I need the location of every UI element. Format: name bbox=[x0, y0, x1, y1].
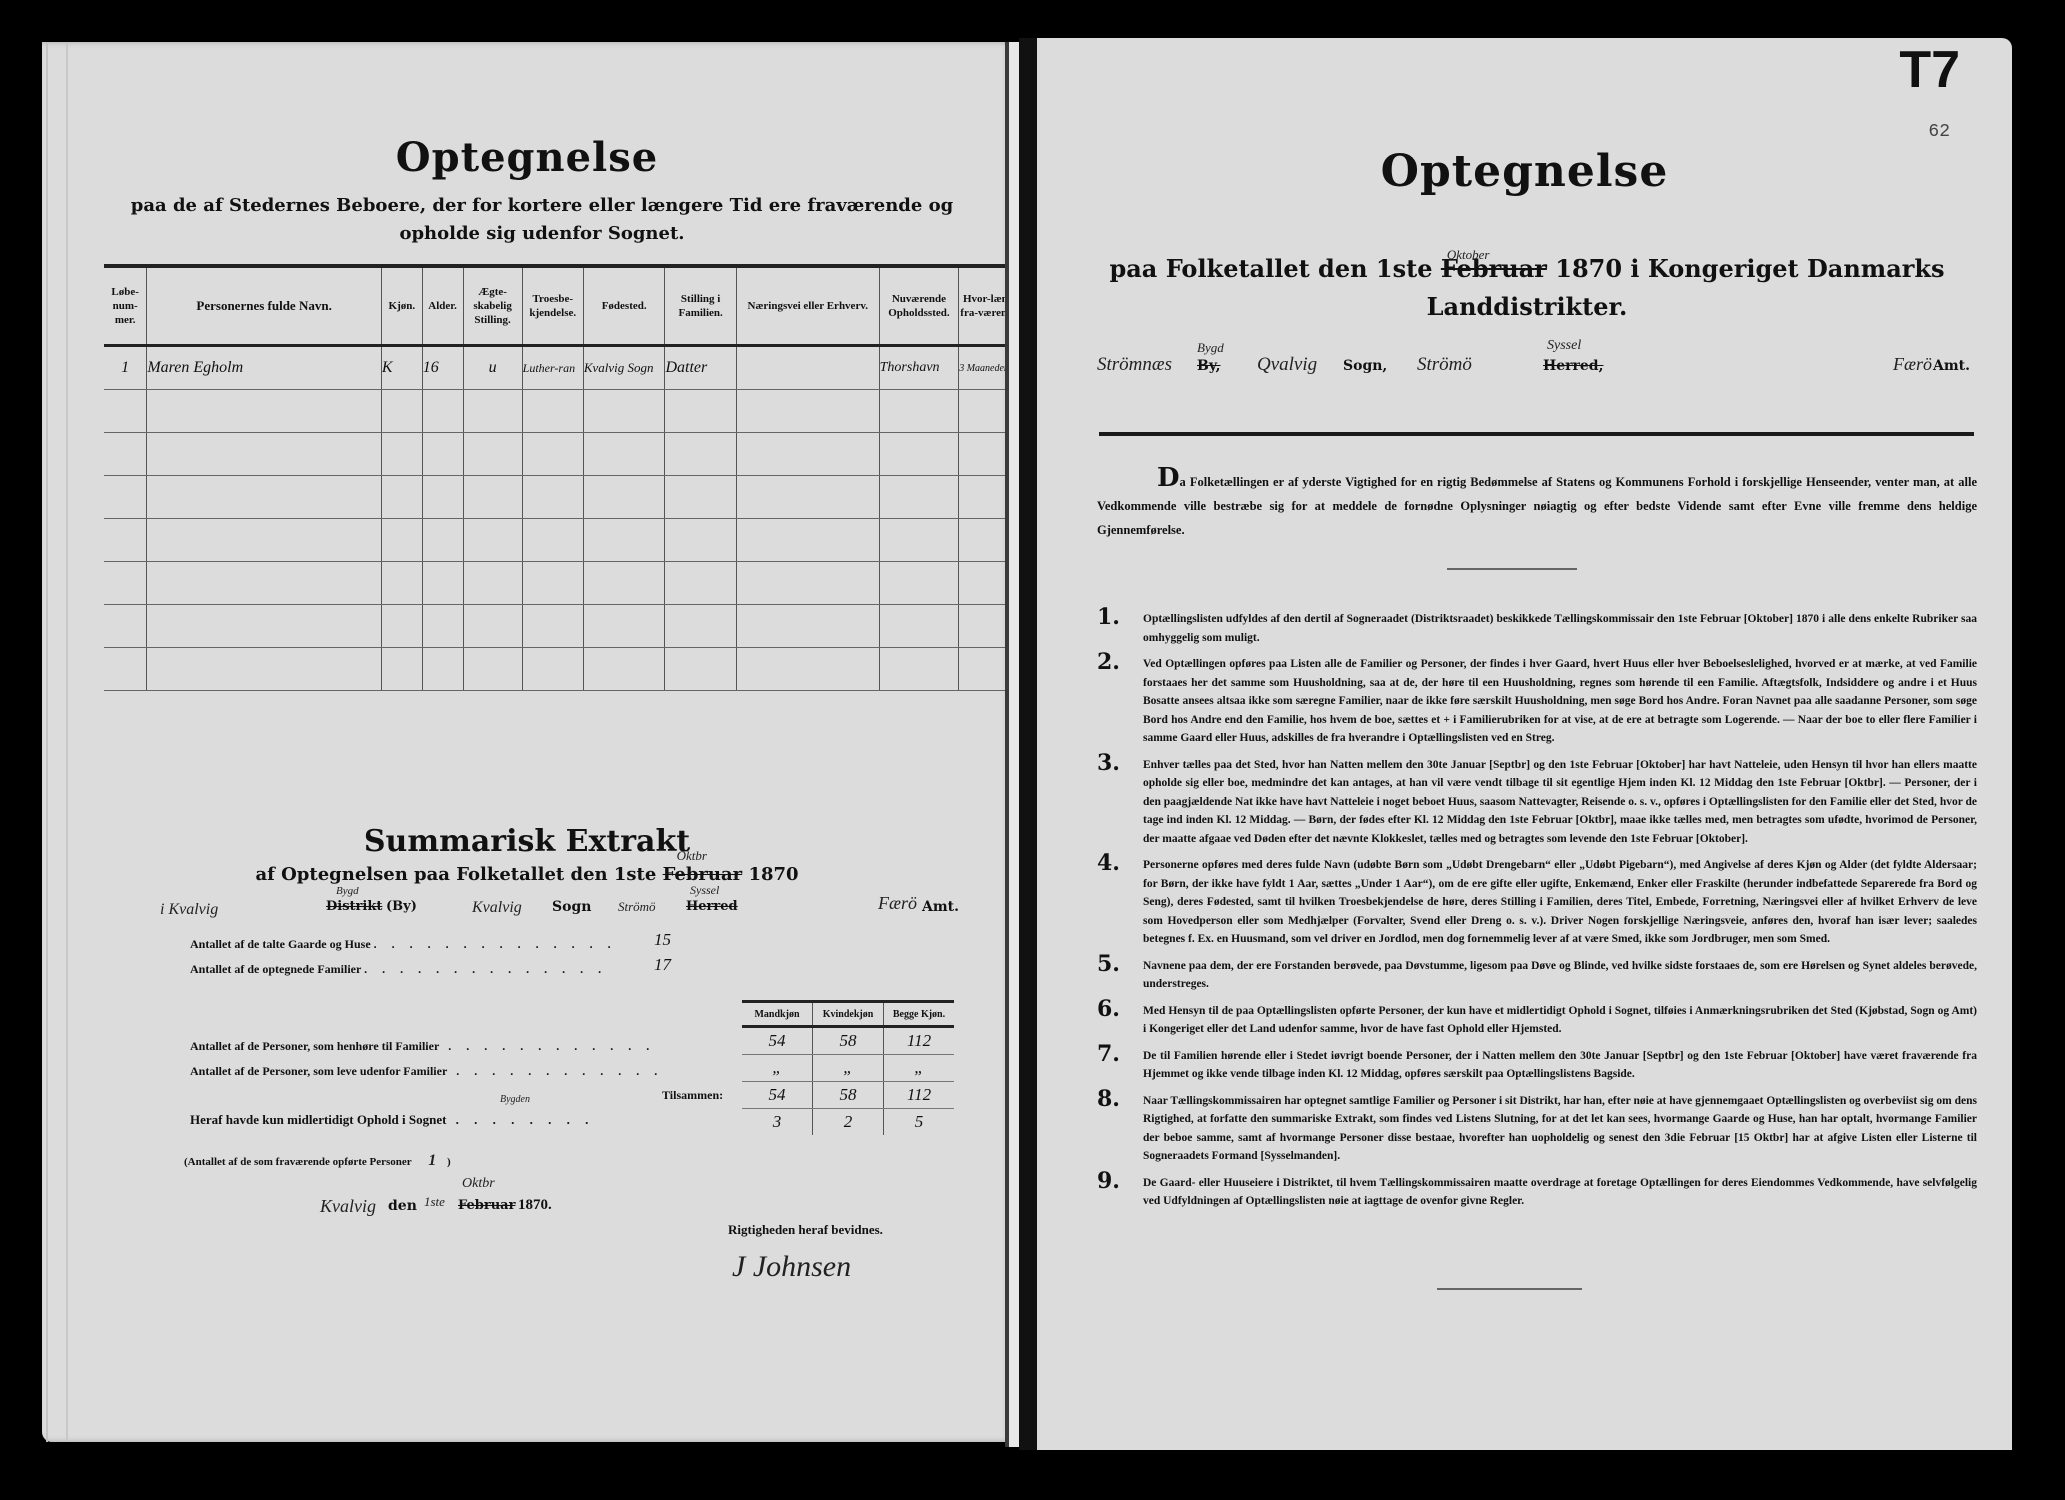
summary-herred-struck: Herred bbox=[686, 899, 738, 914]
date-place: Kvalvig bbox=[320, 1196, 376, 1217]
person-count-header-row: Mandkjøn Kvindekjøn Begge Kjøn. bbox=[742, 1002, 954, 1027]
summary-sogn-value: Kvalvig bbox=[472, 899, 522, 917]
rule-number: 2. bbox=[1097, 653, 1120, 672]
right-by-value: Strömnæs bbox=[1097, 354, 1172, 376]
cell-female: 58 bbox=[813, 1082, 884, 1109]
right-amt-value: Færö bbox=[1893, 354, 1932, 375]
cell-occupation bbox=[736, 346, 879, 390]
cell-birthplace: Kvalvig Sogn bbox=[583, 346, 665, 390]
person-row-label-temporary: Heraf havde kun midlertidigt Ophold i So… bbox=[190, 1112, 594, 1128]
col-header-birthplace: Fødested. bbox=[583, 266, 665, 346]
right-subtitle-prefix: paa Folketallet den 1ste bbox=[1109, 254, 1432, 283]
rule-item: 1. Optællingslisten udfyldes af den dert… bbox=[1097, 610, 1977, 647]
right-month-handwritten: Oktober bbox=[1447, 236, 1490, 274]
rule-text: De Gaard- eller Huuseiere i Distriktet, … bbox=[1143, 1177, 1977, 1208]
cell-age: 16 bbox=[422, 346, 463, 390]
left-page: Optegnelse paa de af Stedernes Beboere, … bbox=[42, 42, 1012, 1442]
cell-family-position: Datter bbox=[665, 346, 736, 390]
rule-text: Enhver tælles paa det Sted, hvor han Nat… bbox=[1143, 759, 1977, 845]
person-row-label-temporary-over: Bygden bbox=[500, 1094, 530, 1105]
rule-item: 6. Med Hensyn til de paa Optællingsliste… bbox=[1097, 1002, 1977, 1039]
right-page: T7 62 Optegnelse paa Folketallet den 1st… bbox=[1037, 38, 2012, 1450]
cell-both: 5 bbox=[884, 1109, 955, 1136]
col-header-name: Personernes fulde Navn. bbox=[147, 266, 382, 346]
cell-name: Maren Egholm bbox=[147, 346, 382, 390]
rule-number: 8. bbox=[1097, 1090, 1120, 1109]
absent-count-value: 1 bbox=[428, 1152, 436, 1169]
header-female: Kvindekjøn bbox=[813, 1002, 884, 1027]
empty-row bbox=[104, 519, 1022, 562]
table-row: 1 Maren Egholm K 16 u Luther-ran Kvalvig… bbox=[104, 346, 1022, 390]
cell-male: 54 bbox=[742, 1027, 813, 1055]
table-row: 3 2 5 bbox=[742, 1109, 954, 1136]
rule-number: 9. bbox=[1097, 1172, 1120, 1191]
count-families-label: Antallet af de optegnede Familier bbox=[190, 962, 361, 976]
header-both: Begge Kjøn. bbox=[884, 1002, 955, 1027]
right-sogn-label: Sogn, bbox=[1343, 358, 1387, 374]
count-farms-row: Antallet af de talte Gaarde og Huse . . … bbox=[190, 937, 617, 952]
date-month-struck: Februar bbox=[458, 1198, 515, 1213]
col-header-sex: Kjøn. bbox=[381, 266, 422, 346]
rule-text: Optællingslisten udfyldes af den dertil … bbox=[1143, 613, 1977, 644]
cell-male: 54 bbox=[742, 1082, 813, 1109]
right-sogn-value: Qvalvig bbox=[1257, 354, 1317, 376]
heavy-rule bbox=[1099, 432, 1974, 436]
summary-amt-value: Færö bbox=[878, 893, 917, 914]
summary-month-struck: Februar bbox=[663, 864, 743, 885]
date-prefix: den bbox=[388, 1198, 417, 1214]
intro-dropcap: D bbox=[1157, 463, 1180, 493]
rule-item: 5. Navnene paa dem, der ere Forstanden b… bbox=[1097, 957, 1977, 994]
empty-row bbox=[104, 648, 1022, 691]
rule-text: Med Hensyn til de paa Optællingslisten o… bbox=[1143, 1005, 1977, 1036]
right-herred-value: Strömö bbox=[1417, 354, 1472, 376]
empty-row bbox=[104, 476, 1022, 519]
archive-mark: T7 bbox=[1899, 40, 1960, 100]
right-by-over: Bygd bbox=[1197, 340, 1224, 356]
person-row-label-families: Antallet af de Personer, som henhøre til… bbox=[190, 1039, 655, 1054]
rule-number: 3. bbox=[1097, 754, 1120, 773]
left-page-title: Optegnelse bbox=[42, 134, 1012, 181]
cell-both: 112 bbox=[884, 1082, 955, 1109]
right-by-struck: By, bbox=[1197, 358, 1221, 374]
cell-sex: K bbox=[381, 346, 422, 390]
rule-item: 2. Ved Optællingen opføres paa Listen al… bbox=[1097, 655, 1977, 748]
empty-row bbox=[104, 562, 1022, 605]
intro-paragraph: Da Folketællingen er af yderste Vigtighe… bbox=[1097, 466, 1977, 542]
rule-text: Naar Tællingskommissairen har optegnet s… bbox=[1143, 1095, 1977, 1163]
rule-text: Ved Optællingen opføres paa Listen alle … bbox=[1143, 658, 1977, 744]
rule-item: 7. De til Familien hørende eller i Stede… bbox=[1097, 1047, 1977, 1084]
person-count-table: Mandkjøn Kvindekjøn Begge Kjøn. 54 58 11… bbox=[742, 1000, 954, 1135]
absent-count-row: (Antallet af de som fraværende opførte P… bbox=[184, 1152, 451, 1170]
rules-list: 1. Optællingslisten udfyldes af den dert… bbox=[1097, 610, 1977, 1219]
cell-female: „ bbox=[813, 1055, 884, 1082]
col-header-religion: Troesbe-kjendelse. bbox=[522, 266, 583, 346]
right-page-subtitle: paa Folketallet den 1ste Oktober Februar… bbox=[1077, 250, 1977, 326]
page-number: 62 bbox=[1928, 122, 1950, 142]
book-spine bbox=[1019, 38, 1037, 1450]
rule-text: Navnene paa dem, der ere Forstanden berø… bbox=[1143, 960, 1977, 991]
count-families-row: Antallet af de optegnede Familier . . . … bbox=[190, 962, 607, 977]
summary-district-struck: Distrikt bbox=[326, 899, 382, 914]
table-row: 54 58 112 bbox=[742, 1082, 954, 1109]
cell-male: 3 bbox=[742, 1109, 813, 1136]
summary-place: i Kvalvig bbox=[160, 901, 218, 919]
person-row-label-total: Tilsammen: bbox=[662, 1088, 723, 1103]
date-year: 1870. bbox=[518, 1197, 552, 1214]
header-male: Mandkjøn bbox=[742, 1002, 813, 1027]
col-header-residence: Nuværende Opholdssted. bbox=[879, 266, 959, 346]
cell-male: „ bbox=[742, 1055, 813, 1082]
col-header-age: Alder. bbox=[422, 266, 463, 346]
rule-text: De til Familien hørende eller i Stedet i… bbox=[1143, 1050, 1977, 1081]
col-header-family-position: Stilling i Familien. bbox=[665, 266, 736, 346]
summary-herred-over: Syssel bbox=[690, 883, 719, 898]
attest-label: Rigtigheden heraf bevidnes. bbox=[728, 1222, 883, 1238]
date-line: Kvalvig den 1ste Oktbr Februar 1870. bbox=[320, 1190, 720, 1230]
right-herred-struck: Herred, bbox=[1543, 358, 1603, 374]
empty-row bbox=[104, 605, 1022, 648]
rule-item: 8. Naar Tællingskommissairen har optegne… bbox=[1097, 1092, 1977, 1166]
right-amt-label: Amt. bbox=[1933, 358, 1970, 374]
right-subtitle-suffix: 1870 i Kongeriget Danmarks bbox=[1555, 254, 1944, 283]
rule-number: 4. bbox=[1097, 854, 1120, 873]
rule-number: 6. bbox=[1097, 1000, 1120, 1019]
intro-text: a Folketællingen er af yderste Vigtighed… bbox=[1097, 475, 1977, 537]
person-row-label-outside: Antallet af de Personer, som leve udenfo… bbox=[190, 1064, 663, 1079]
cell-both: 112 bbox=[884, 1027, 955, 1055]
table-row: „ „ „ bbox=[742, 1055, 954, 1082]
cell-religion: Luther-ran bbox=[522, 346, 583, 390]
date-month-handwritten: Oktbr bbox=[462, 1176, 495, 1192]
bottom-divider-rule bbox=[1437, 1288, 1582, 1290]
rule-number: 1. bbox=[1097, 608, 1120, 627]
count-families-value: 17 bbox=[654, 955, 671, 975]
summary-district-suffix: (By) bbox=[386, 899, 417, 914]
page-gutter bbox=[1005, 42, 1019, 1447]
summary-district-over: Bygd bbox=[336, 885, 359, 897]
date-day: 1ste bbox=[424, 1194, 445, 1210]
cell-number: 1 bbox=[104, 346, 147, 390]
right-subtitle-line2: Landdistrikter. bbox=[1427, 292, 1628, 321]
cell-marital: u bbox=[463, 346, 522, 390]
cell-female: 58 bbox=[813, 1027, 884, 1055]
rule-number: 5. bbox=[1097, 955, 1120, 974]
summary-title: Summarisk Extrakt bbox=[42, 824, 1012, 859]
right-herred-over: Syssel bbox=[1547, 338, 1581, 354]
count-farms-value: 15 bbox=[654, 930, 671, 950]
rule-item: 3. Enhver tælles paa det Sted, hvor han … bbox=[1097, 756, 1977, 849]
summary-herred-value: Strömö bbox=[618, 899, 656, 915]
cell-residence: Thorshavn bbox=[879, 346, 959, 390]
absent-count-label: (Antallet af de som fraværende opførte P… bbox=[184, 1156, 411, 1168]
divider-rule bbox=[1447, 568, 1577, 570]
absentee-table: Løbe-num-mer. Personernes fulde Navn. Kj… bbox=[104, 264, 1022, 691]
empty-row bbox=[104, 390, 1022, 433]
rule-item: 9. De Gaard- eller Huuseiere i Distrikte… bbox=[1097, 1174, 1977, 1211]
col-header-number: Løbe-num-mer. bbox=[104, 266, 147, 346]
cell-both: „ bbox=[884, 1055, 955, 1082]
right-location: Strömnæs Bygd By, Qvalvig Sogn, Strömö S… bbox=[1097, 348, 1977, 388]
absent-count-close: ) bbox=[447, 1156, 451, 1168]
col-header-marital: Ægte-skabelig Stilling. bbox=[463, 266, 522, 346]
rule-text: Personerne opføres med deres fulde Navn … bbox=[1143, 859, 1977, 945]
summary-amt-label: Amt. bbox=[922, 899, 959, 915]
rule-number: 7. bbox=[1097, 1045, 1120, 1064]
summary-sogn-label: Sogn bbox=[552, 899, 591, 915]
empty-row bbox=[104, 433, 1022, 476]
summary-subtitle: af Optegnelsen paa Folketallet den 1ste … bbox=[42, 864, 1012, 885]
rule-item: 4. Personerne opføres med deres fulde Na… bbox=[1097, 856, 1977, 949]
left-page-subtitle: paa de af Stedernes Beboere, der for kor… bbox=[112, 192, 972, 248]
summary-subtitle-prefix: af Optegnelsen paa Folketallet den 1ste bbox=[255, 864, 656, 885]
col-header-occupation: Næringsvei eller Erhverv. bbox=[736, 266, 879, 346]
table-header-row: Løbe-num-mer. Personernes fulde Navn. Kj… bbox=[104, 266, 1022, 346]
count-farms-label: Antallet af de talte Gaarde og Huse bbox=[190, 937, 371, 951]
cell-female: 2 bbox=[813, 1109, 884, 1136]
signature: J Johnsen bbox=[732, 1250, 851, 1284]
right-page-title: Optegnelse bbox=[1037, 146, 2012, 197]
summary-month-handwritten: Oktbr bbox=[677, 848, 707, 864]
table-row: 54 58 112 bbox=[742, 1027, 954, 1055]
summary-location: i Kvalvig Bygd Distrikt (By) Kvalvig Sog… bbox=[160, 897, 1010, 925]
summary-year: 1870 bbox=[748, 864, 798, 885]
